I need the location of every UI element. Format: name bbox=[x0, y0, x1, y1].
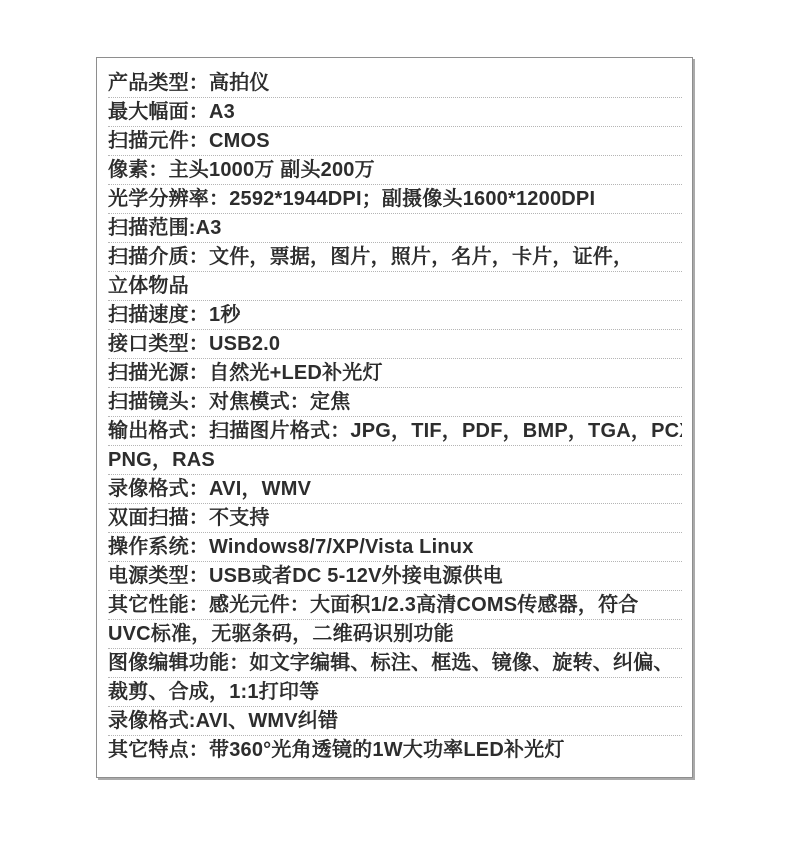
spec-table: 产品类型：高拍仪最大幅面：A3扫描元件：CMOS像素：主头1000万 副头200… bbox=[96, 57, 693, 778]
spec-line: 输出格式：扫描图片格式：JPG，TIF，PDF，BMP，TGA，PCX， bbox=[108, 417, 682, 446]
spec-line: 裁剪、合成，1:1打印等 bbox=[108, 678, 682, 707]
spec-line: 扫描速度：1秒 bbox=[108, 301, 682, 330]
spec-line: 像素：主头1000万 副头200万 bbox=[108, 156, 682, 185]
spec-line: 扫描元件：CMOS bbox=[108, 127, 682, 156]
spec-line: 录像格式：AVI，WMV bbox=[108, 475, 682, 504]
spec-line: 扫描镜头：对焦模式：定焦 bbox=[108, 388, 682, 417]
spec-line: 扫描介质：文件，票据，图片，照片，名片，卡片，证件， bbox=[108, 243, 682, 272]
spec-line: UVC标准，无驱条码，二维码识别功能 bbox=[108, 620, 682, 649]
spec-line: 其它特点：带360°光角透镜的1W大功率LED补光灯 bbox=[108, 736, 682, 765]
spec-line: 接口类型：USB2.0 bbox=[108, 330, 682, 359]
spec-line: PNG，RAS bbox=[108, 446, 682, 475]
spec-line: 扫描范围:A3 bbox=[108, 214, 682, 243]
spec-line: 录像格式:AVI、WMV纠错 bbox=[108, 707, 682, 736]
spec-line: 操作系统：Windows8/7/XP/Vista Linux bbox=[108, 533, 682, 562]
spec-line: 图像编辑功能：如文字编辑、标注、框选、镜像、旋转、纠偏、 bbox=[108, 649, 682, 678]
spec-line: 立体物品 bbox=[108, 272, 682, 301]
spec-line: 光学分辨率：2592*1944DPI；副摄像头1600*1200DPI bbox=[108, 185, 682, 214]
spec-line: 电源类型：USB或者DC 5-12V外接电源供电 bbox=[108, 562, 682, 591]
spec-line: 双面扫描：不支持 bbox=[108, 504, 682, 533]
spec-line: 扫描光源：自然光+LED补光灯 bbox=[108, 359, 682, 388]
spec-line: 最大幅面：A3 bbox=[108, 98, 682, 127]
spec-line: 其它性能：感光元件：大面积1/2.3高清COMS传感器，符合 bbox=[108, 591, 682, 620]
spec-line: 产品类型：高拍仪 bbox=[108, 69, 682, 98]
